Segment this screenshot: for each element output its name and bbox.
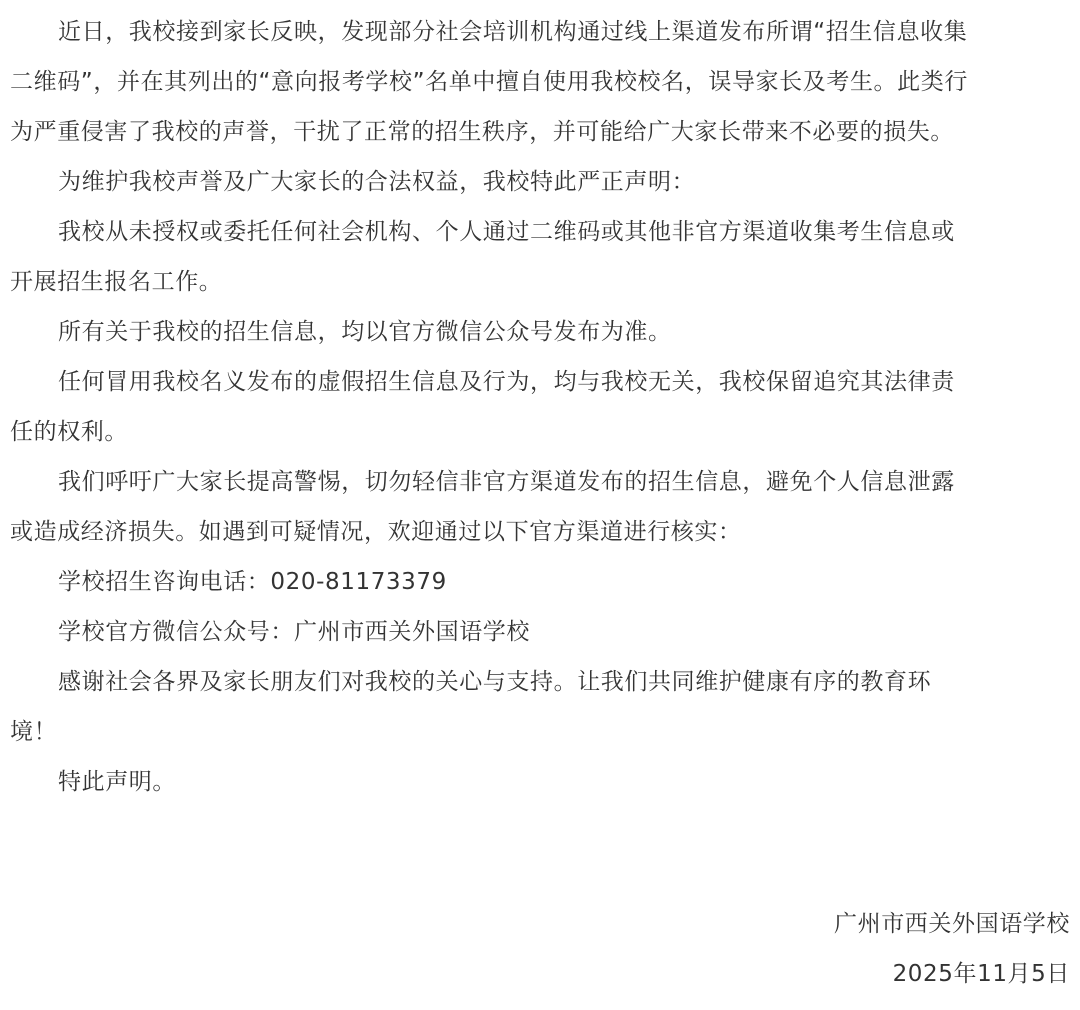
paragraph-declaration-intro: 为维护我校声誉及广大家长的合法权益，我校特此严正声明： [10,157,1072,207]
text-line: 境！ [10,707,1072,757]
statement-document: 近日，我校接到家长反映，发现部分社会培训机构通过线上渠道发布所谓“招生信息收集 … [10,7,1072,999]
text-line: 特此声明。 [10,757,1072,807]
signature-block: 广州市西关外国语学校 2025年11月5日 [10,899,1072,999]
paragraph-notice: 近日，我校接到家长反映，发现部分社会培训机构通过线上渠道发布所谓“招生信息收集 … [10,7,1072,157]
signature-date: 2025年11月5日 [10,949,1072,999]
paragraph-no-authorization: 我校从未授权或委托任何社会机构、个人通过二维码或其他非官方渠道收集考生信息或 开… [10,207,1072,307]
text-line: 所有关于我校的招生信息，均以官方微信公众号发布为准。 [10,307,1072,357]
paragraph-official-source: 所有关于我校的招生信息，均以官方微信公众号发布为准。 [10,307,1072,357]
text-line: 为严重侵害了我校的声誉，干扰了正常的招生秩序，并可能给广大家长带来不必要的损失。 [10,107,1072,157]
text-line: 二维码”，并在其列出的“意向报考学校”名单中擅自使用我校校名，误导家长及考生。此… [10,57,1072,107]
signature-organization: 广州市西关外国语学校 [10,899,1072,949]
text-line: 我校从未授权或委托任何社会机构、个人通过二维码或其他非官方渠道收集考生信息或 [10,207,1072,257]
text-line: 为维护我校声誉及广大家长的合法权益，我校特此严正声明： [10,157,1072,207]
text-line: 任何冒用我校名义发布的虚假招生信息及行为，均与我校无关，我校保留追究其法律责 [10,357,1072,407]
contact-phone: 学校招生咨询电话：020-81173379 [10,557,1072,607]
text-line: 近日，我校接到家长反映，发现部分社会培训机构通过线上渠道发布所谓“招生信息收集 [10,7,1072,57]
paragraph-wechat: 学校官方微信公众号：广州市西关外国语学校 [10,607,1072,657]
paragraph-phone: 学校招生咨询电话：020-81173379 [10,557,1072,607]
text-line: 或造成经济损失。如遇到可疑情况，欢迎通过以下官方渠道进行核实： [10,507,1072,557]
paragraph-appeal: 我们呼吁广大家长提高警惕，切勿轻信非官方渠道发布的招生信息，避免个人信息泄露 或… [10,457,1072,557]
text-line: 任的权利。 [10,407,1072,457]
spacer [10,807,1072,899]
paragraph-closing: 特此声明。 [10,757,1072,807]
text-line: 感谢社会各界及家长朋友们对我校的关心与支持。让我们共同维护健康有序的教育环 [10,657,1072,707]
text-line: 开展招生报名工作。 [10,257,1072,307]
paragraph-thanks: 感谢社会各界及家长朋友们对我校的关心与支持。让我们共同维护健康有序的教育环 境！ [10,657,1072,757]
contact-wechat: 学校官方微信公众号：广州市西关外国语学校 [10,607,1072,657]
paragraph-legal-rights: 任何冒用我校名义发布的虚假招生信息及行为，均与我校无关，我校保留追究其法律责 任… [10,357,1072,457]
text-line: 我们呼吁广大家长提高警惕，切勿轻信非官方渠道发布的招生信息，避免个人信息泄露 [10,457,1072,507]
